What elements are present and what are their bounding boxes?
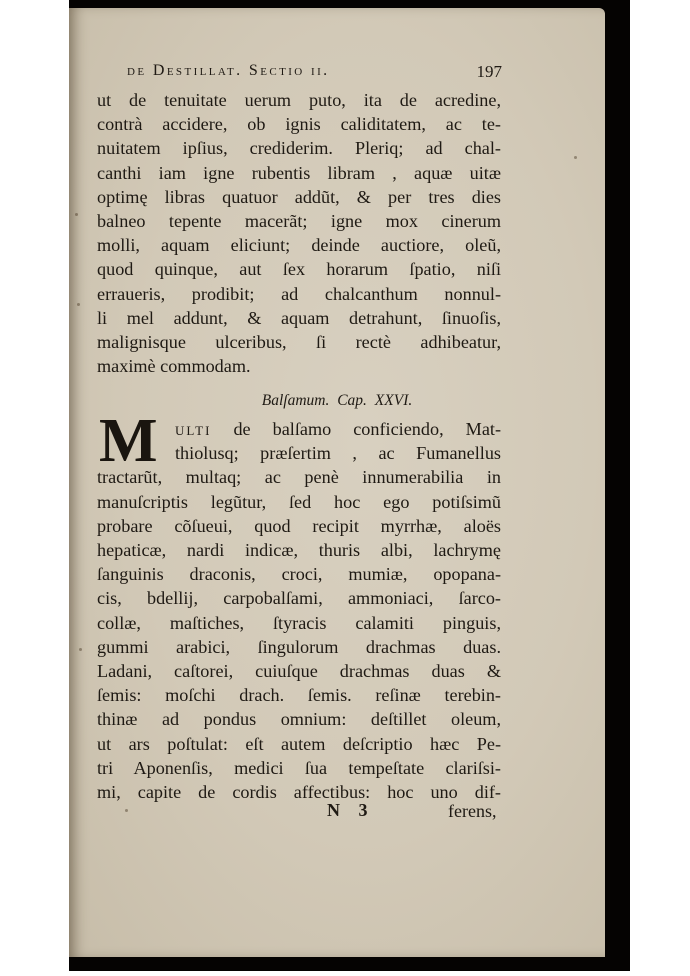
text-line: molli, aquam eliciunt; deinde auctiore, … <box>97 233 501 257</box>
text-line: maximè commodam. <box>97 354 501 378</box>
paper-speck <box>125 809 128 812</box>
text-line: erraueris, prodibit; ad chalcanthum nonn… <box>97 282 501 306</box>
text-line: contrà accidere, ob ignis caliditatem, a… <box>97 112 501 136</box>
text-line: balneo tepente macerãt; igne mox cinerum <box>97 209 501 233</box>
text-line: ut de tenuitate uerum puto, ita de acred… <box>97 88 501 112</box>
text-line: li mel addunt, & aquam detrahunt, ſinuoſ… <box>97 306 501 330</box>
text-line: thinæ ad pondus omnium: deſtillet oleum, <box>97 707 501 731</box>
text-line: collæ, maſtiches, ſtyracis calamiti ping… <box>97 611 501 635</box>
text-line: cis, bdellij, carpobalſami, ammoniaci, ſ… <box>97 586 501 610</box>
text-line: Ladani, caſtorei, cuiuſque drachmas duas… <box>97 659 501 683</box>
text-line: malignisque ulceribus, ſi rectè adhibeat… <box>97 330 501 354</box>
first-word-small-caps: ulti <box>175 419 211 439</box>
text-line: gummi arabici, ſingulorum drachmas duas. <box>97 635 501 659</box>
text-line: tri Aponenſis, medici ſua tempeſtate cla… <box>97 756 501 780</box>
text-line: ſanguinis draconis, croci, mumiæ, opopan… <box>97 562 501 586</box>
book-page: de Destillat. Sectio ii. 197 ut de tenui… <box>69 8 605 957</box>
text-line: thiolusq; præſertim , ac Fumanellus <box>97 441 501 465</box>
paper-speck <box>574 156 577 159</box>
paragraph-1: ut de tenuitate uerum puto, ita de acred… <box>97 88 501 378</box>
text-line-content: de balſamo conficiendo, Mat- <box>233 419 501 439</box>
text-line: hepaticæ, nardi indicæ, thuris albi, lac… <box>97 538 501 562</box>
running-head: de Destillat. Sectio ii. 197 <box>127 62 502 82</box>
text-line: nuitatem ipſius, crediderim. Pleriq; ad … <box>97 136 501 160</box>
printer-signature-mark: N 3 <box>327 800 368 821</box>
text-line: ulti de balſamo conficiendo, Mat- <box>97 417 501 441</box>
text-line: mi, capite de cordis affectibus: hoc uno… <box>97 780 501 804</box>
text-line: probare cõſueui, quod recipit myrrhæ, al… <box>97 514 501 538</box>
paper-speck <box>79 648 82 651</box>
text-line: canthi iam igne rubentis libram , aquæ u… <box>97 161 501 185</box>
paper-speck <box>77 303 80 306</box>
page-number: 197 <box>477 62 503 82</box>
text-line: quod quinque, aut ſex horarum ſpatio, ni… <box>97 257 501 281</box>
text-line: manuſcriptis legũtur, ſed hoc ego potiſs… <box>97 490 501 514</box>
catchword: ferens, <box>448 801 496 822</box>
scanned-page-frame: de Destillat. Sectio ii. 197 ut de tenui… <box>69 0 630 971</box>
text-line: tractarũt, multaq; ac penè innumerabilia… <box>97 465 501 489</box>
text-line: ut ars poſtulat: eſt autem deſcriptio hæ… <box>97 732 501 756</box>
running-head-title: de Destillat. Sectio ii. <box>127 62 330 82</box>
text-line: ſemis: moſchi drach. ſemis. reſinæ tereb… <box>97 683 501 707</box>
paper-speck <box>75 213 78 216</box>
paragraph-2: ulti de balſamo conficiendo, Mat- thiolu… <box>97 417 501 804</box>
text-line: optimę libras quatuor addũt, & per tres … <box>97 185 501 209</box>
